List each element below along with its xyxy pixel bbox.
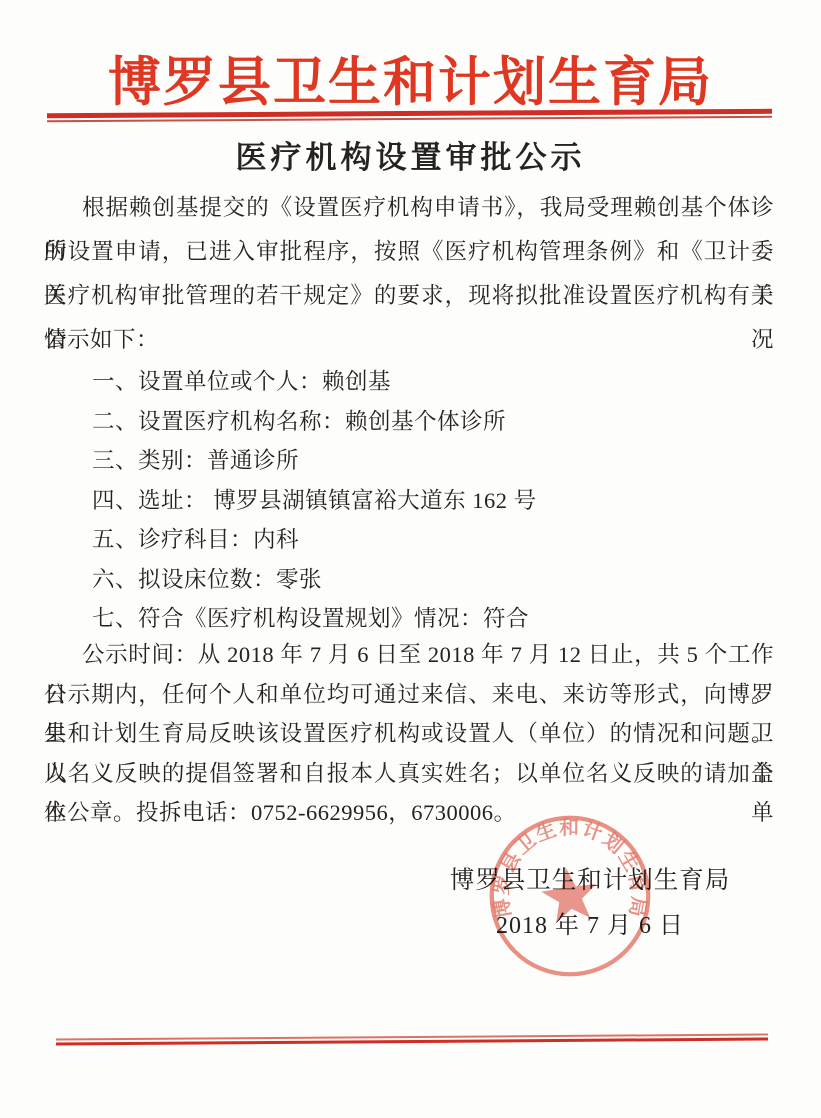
intro-line: 医疗机构审批管理的若干规定》的要求，现将拟批准设置医疗机构有关情况 [44,274,774,318]
signature-block: 博罗县卫生和计划生育局 2018 年 7 月 6 日 [430,866,750,940]
notice-item-list: 一、设置单位或个人：赖创基 二、设置医疗机构名称：赖创基个体诊所 三、类别：普通… [44,362,774,639]
closing-line: 公示期内，任何个人和单位均可通过来信、来电、来访等形式，向博罗县卫 [44,675,774,715]
closing-line: 人名义反映的提倡签署和自报本人真实姓名；以单位名义反映的请加盖本单 [44,754,774,794]
intro-line: 根据赖创基提交的《设置医疗机构申请书》，我局受理赖创基个体诊所 [44,186,774,230]
document-page: 博罗县卫生和计划生育局 医疗机构设置审批公示 根据赖创基提交的《设置医疗机构申请… [0,0,821,1118]
notice-item: 一、设置单位或个人：赖创基 [44,362,774,402]
agency-title: 博罗县卫生和计划生育局 [0,40,821,116]
footer-double-rule [56,1034,768,1046]
closing-line: 公示时间：从 2018 年 7 月 6 日至 2018 年 7 月 12 日止，… [44,635,774,675]
notice-item: 六、拟设床位数：零张 [44,560,774,600]
notice-item: 七、符合《医疗机构设置规划》情况：符合 [44,599,774,639]
notice-item: 四、选址： 博罗县湖镇镇富裕大道东 162 号 [44,481,774,521]
closing-paragraph: 公示时间：从 2018 年 7 月 6 日至 2018 年 7 月 12 日止，… [44,635,774,833]
notice-item: 三、类别：普通诊所 [44,441,774,481]
issuer-name: 博罗县卫生和计划生育局 [430,866,750,896]
intro-paragraph: 根据赖创基提交的《设置医疗机构申请书》，我局受理赖创基个体诊所 的设置申请，已进… [44,186,774,362]
issue-date: 2018 年 7 月 6 日 [430,912,750,940]
notice-title: 医疗机构设置审批公示 [0,132,821,177]
intro-line: 的设置申请，已进入审批程序，按照《医疗机构管理条例》和《卫计委关于 [44,230,774,274]
notice-item: 五、诊疗科目：内科 [44,520,774,560]
closing-line: 生和计划生育局反映该设置医疗机构或设置人（单位）的情况和问题。以个 [44,714,774,754]
notice-item: 二、设置医疗机构名称：赖创基个体诊所 [44,402,774,442]
